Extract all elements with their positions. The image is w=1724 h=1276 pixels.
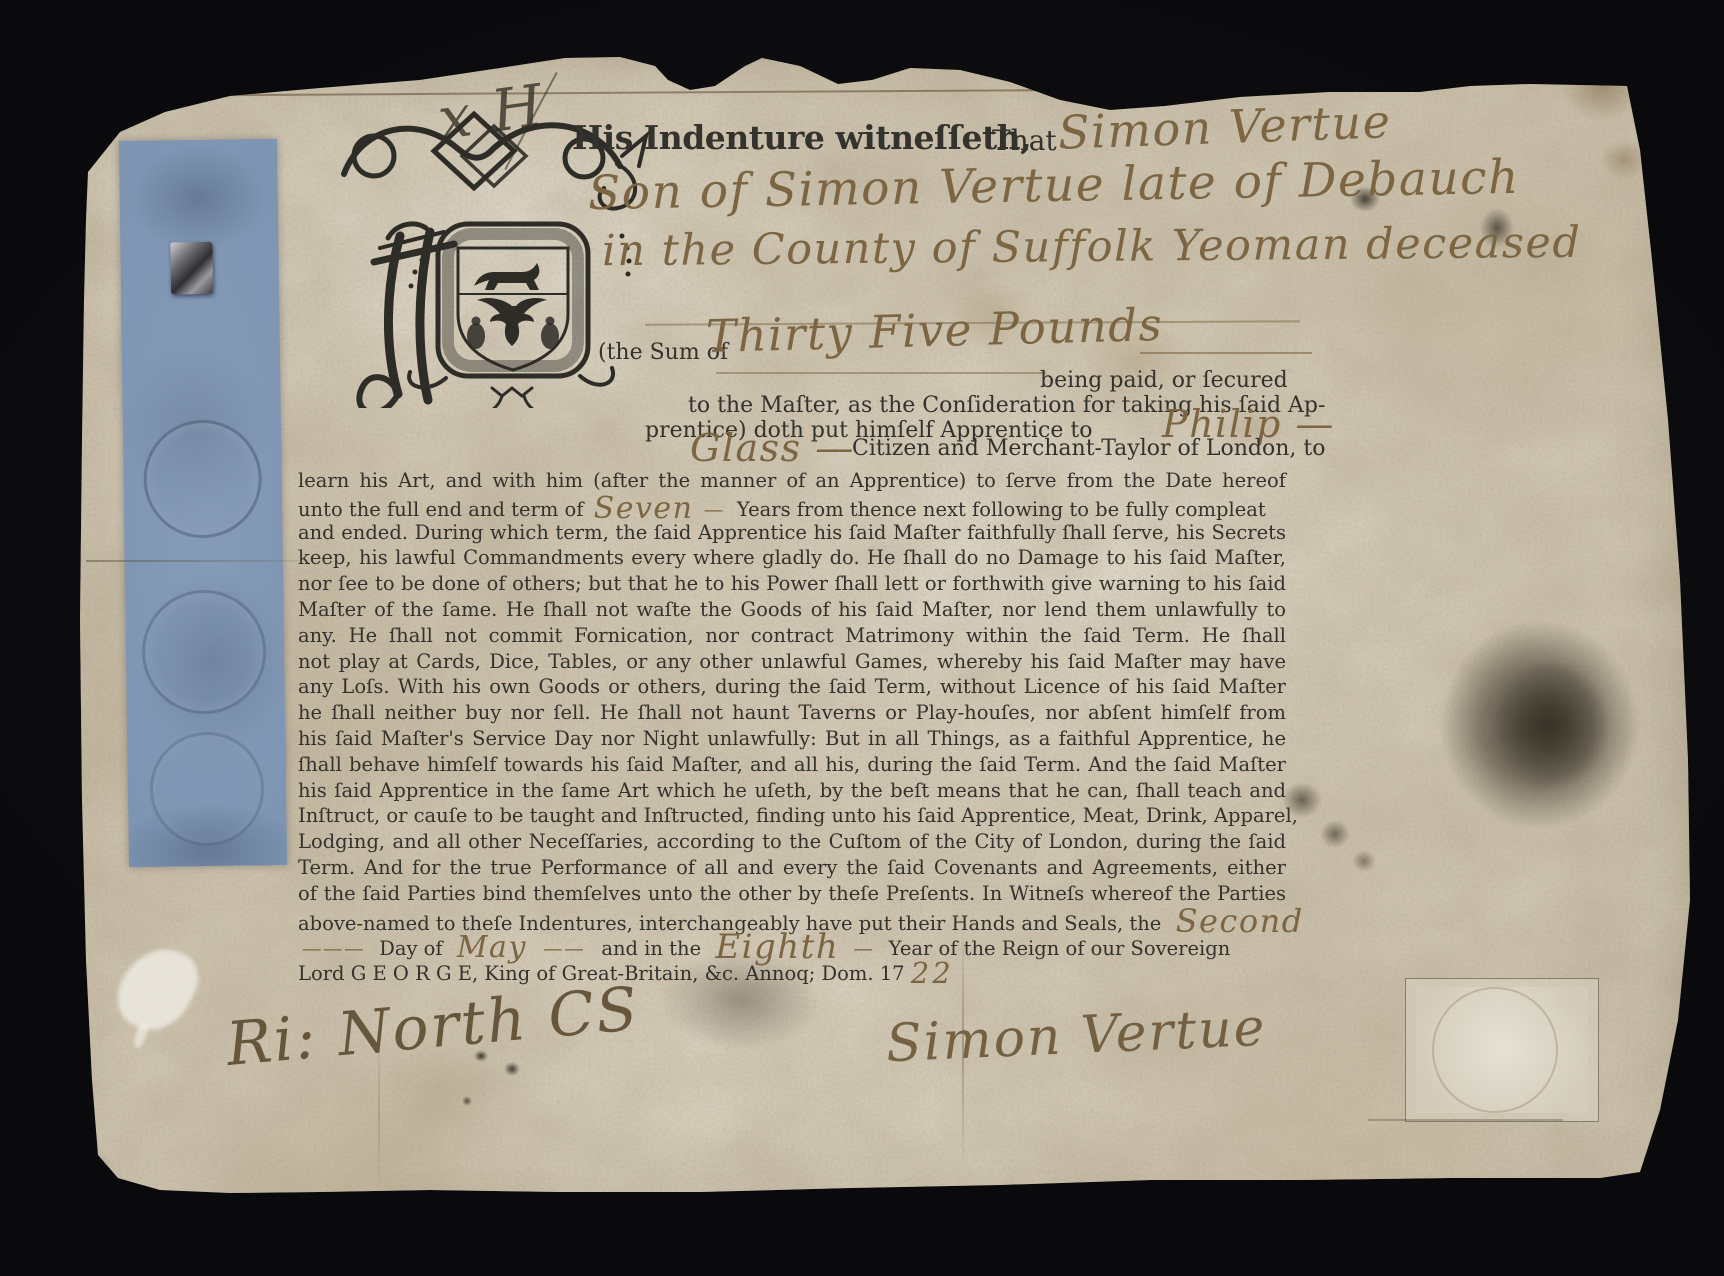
body-line: his ſaid Apprentice in the ſame Art whic… [298,778,1286,804]
pen-underline [716,372,1046,374]
fold-crease [962,920,964,1170]
blind-seal-panel [1405,978,1599,1122]
seal-impression-ring [1432,987,1558,1113]
date-andinthe: and in the [601,937,701,960]
embossed-stamp-ring [143,419,263,539]
fold-crease [378,1030,380,1190]
photo-backdrop: x H [0,0,1724,1276]
body-line: Term. And for the true Performance of al… [298,855,1286,881]
fold-crease [86,560,301,562]
indenture-body-text: learn his Art, and with him (after the m… [298,468,1286,984]
embossed-stamp-ring [149,731,265,847]
year-handwritten: 22 [911,956,954,990]
term-years-handwritten: Seven [594,491,694,526]
body-line: of the ſaid Parties bind themſelves unto… [298,881,1286,907]
heading-blackletter: His Indenture witneſſeth, [572,118,1031,157]
term-dash: — [704,498,725,521]
seals-day-handwritten: Second [1176,902,1304,940]
official-signature: Ri: North CS [224,974,642,1080]
body-line: Inſtruct, or cauſe to be taught and Inſt… [298,803,1286,829]
duty-stamp-paper-strip [119,139,287,867]
opening-line-handwritten: Son of Simon Vertue late of Debauch [588,150,1521,221]
body-line: nor ſee to be done of others; but that h… [298,571,1286,597]
date-dayof: Day of [379,937,442,960]
body-line: ſhall behave himſelf towards his ſaid Ma… [298,752,1286,778]
body-line: he ſhall neither buy nor ſell. He ſhall … [298,700,1286,726]
sum-amount-handwritten: Thirty Five Pounds [705,298,1163,363]
leaf-watermark [106,935,208,1044]
opening-line-handwritten: in the County of Suffolk Yeoman deceased [602,218,1582,277]
parchment-document: x H [0,0,1724,1276]
body-line: keep, his lawful Commandments every wher… [298,545,1286,571]
body-line-term: unto the full end and term of Seven — Ye… [298,494,1286,520]
body-line: and ended. During which term, the ſaid A… [298,520,1286,546]
date-dash: ——— [302,937,365,960]
seal-baseline [1368,1119,1563,1121]
master-last-name-handwritten: Glass — [690,426,855,470]
body-line: any. He ſhall not commit Fornication, no… [298,623,1286,649]
citizen-clause: Citizen and Merchant-Taylor of London, t… [852,436,1325,461]
pen-dash [1140,352,1312,354]
body-line: any Loſs. With his own Goods or others, … [298,674,1286,700]
body-line: his ſaid Maſter's Service Day nor Night … [298,726,1286,752]
term-post: Years from thence next following to be f… [737,498,1266,521]
body-line: Lodging, and all other Neceſſaries, acco… [298,829,1286,855]
body-line-date: ——— Day of May —— and in the Eighth — Ye… [298,932,1286,958]
body-line: not play at Cards, Dice, Tables, or any … [298,649,1286,675]
term-pre: unto the full end and term of [298,498,583,521]
body-line: learn his Art, and with him (after the m… [298,468,1286,494]
date-dash: —— [543,937,585,960]
apprentice-name-handwritten: Simon Vertue [1057,94,1392,160]
body-line: Maſter of the ſame. He ſhall not waſte t… [298,597,1286,623]
date-regnal-handwritten: Eighth [715,927,839,967]
apprentice-signature: Simon Vertue [885,998,1268,1075]
embossed-stamp-ring [141,589,267,715]
date-month-handwritten: May [457,930,527,965]
heading-that: That [992,124,1057,157]
paid-clause: being paid, or ſecured [1040,368,1288,393]
date-dash: — [853,937,874,960]
silver-foil-tag [170,242,213,295]
